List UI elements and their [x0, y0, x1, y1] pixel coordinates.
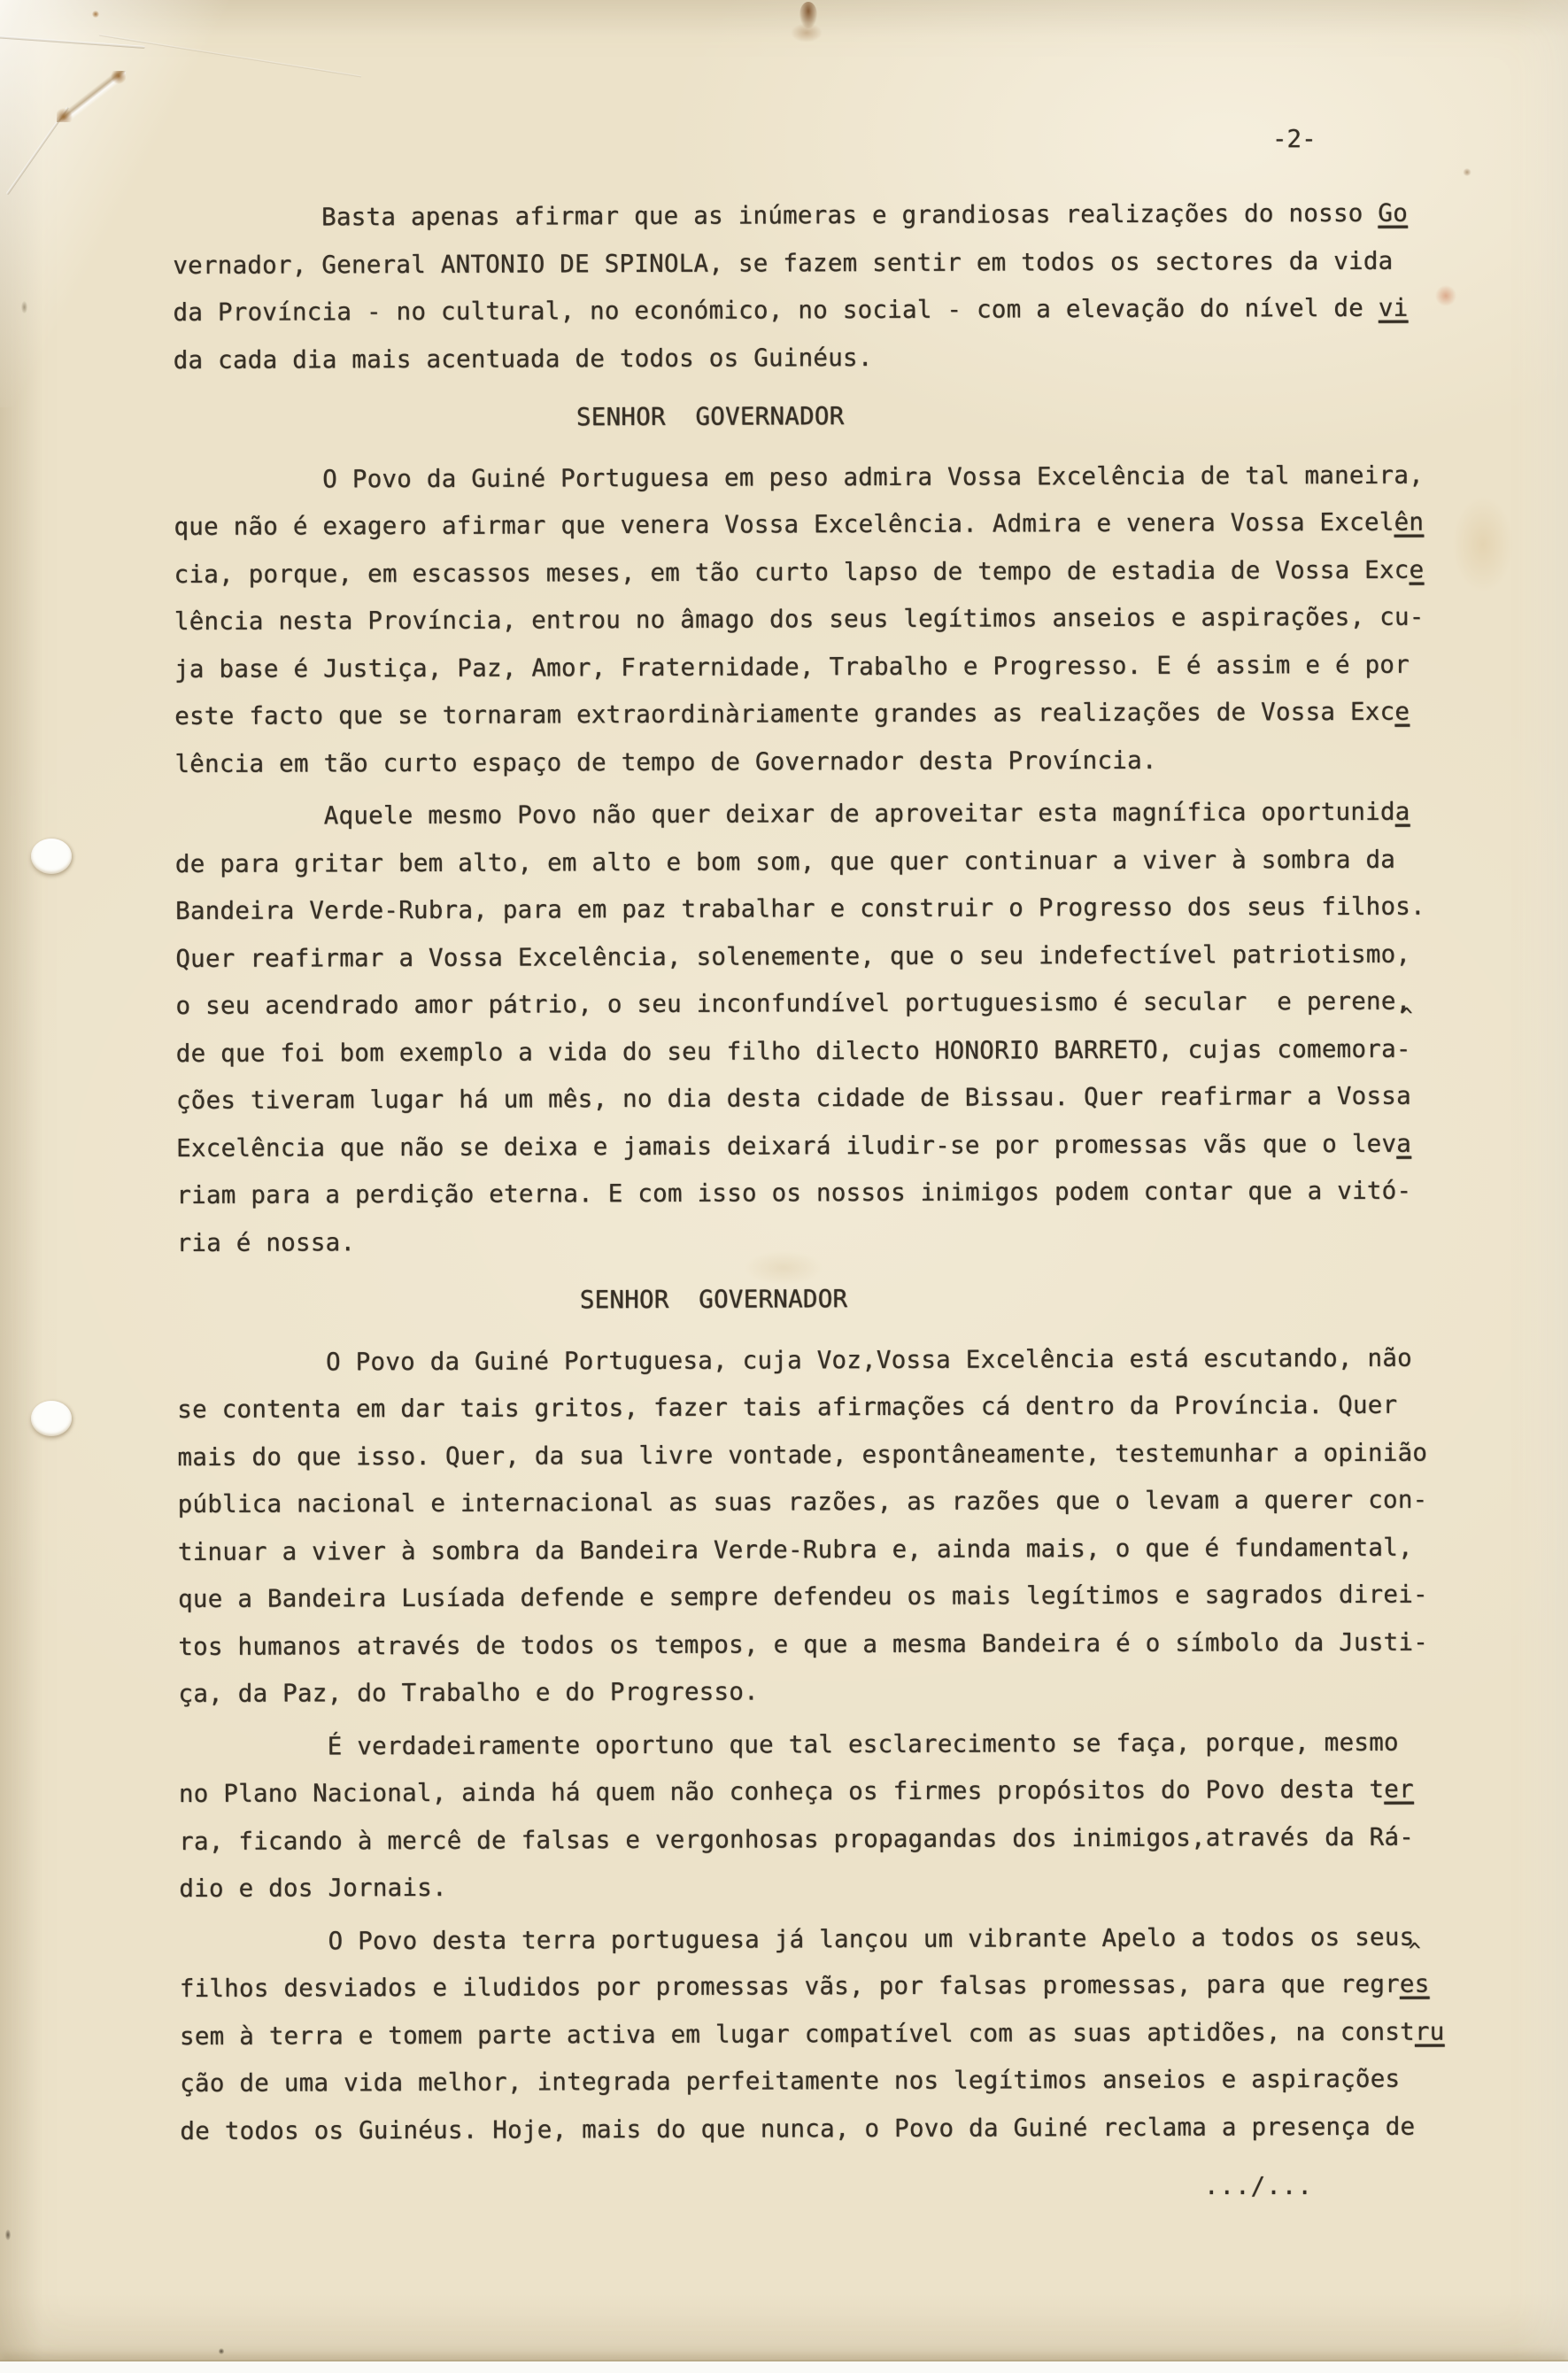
text-line: da Província - no cultural, no económico… [173, 284, 1510, 336]
text-line: cia, porque, em escassos meses, em tão c… [174, 546, 1511, 599]
text-line: pública nacional e internacional as suas… [178, 1476, 1515, 1528]
text-line: de que foi bom exemplo a vida do seu fil… [176, 1025, 1513, 1078]
paragraph: Basta apenas afirmar que as inúmeras e g… [173, 189, 1510, 384]
text-line: dio e dos Jornais. [179, 1860, 1516, 1913]
section-heading: SENHOR GOVERNADOR [174, 390, 1510, 443]
text-line: se contenta em dar tais gritos, fazer ta… [177, 1381, 1514, 1434]
text-line: ra, ficando à mercê de falsas e vergonho… [179, 1813, 1516, 1866]
punch-hole-bottom [31, 1401, 72, 1436]
text-line: mais do que isso. Quer, da sua livre von… [177, 1429, 1514, 1481]
text-line: que a Bandeira Lusíada defende e sempre … [178, 1571, 1515, 1623]
paper-stain [21, 301, 27, 313]
text-line: o seu acendrado amor pátrio, o seu incon… [175, 978, 1512, 1030]
text-line: riam para a perdição eterna. E com isso … [176, 1167, 1513, 1219]
text-line: É verdadeiramente oportuno que tal escla… [179, 1719, 1516, 1771]
section-heading: SENHOR GOVERNADOR [177, 1273, 1514, 1326]
paragraph: O Povo da Guiné Portuguesa, cuja Voz,Vos… [177, 1334, 1516, 1719]
text-line: Bandeira Verde-Rubra, para em paz trabal… [175, 883, 1512, 935]
paper-stain [5, 2230, 11, 2240]
paper-crease [99, 35, 362, 78]
typed-caret-mark: ^ [1401, 1007, 1413, 1024]
text-line: tos humanos através de todos os tempos, … [178, 1619, 1515, 1671]
text-line: no Plano Nacional, ainda há quem não con… [179, 1766, 1516, 1818]
paper-stain [799, 2, 817, 28]
typed-caret-mark: ^ [1409, 1943, 1421, 1960]
paragraph: É verdadeiramente oportuno que tal escla… [179, 1719, 1517, 1913]
text-line: lência nesta Província, entrou no âmago … [174, 593, 1511, 645]
text-line: de todos os Guinéus. Hoje, mais do que n… [180, 2103, 1517, 2155]
text-line: Quer reafirmar a Vossa Excelência, solen… [175, 931, 1512, 983]
text-line: vernador, General ANTONIO DE SPINOLA, se… [173, 237, 1510, 290]
text-line: ja base é Justiça, Paz, Amor, Fraternida… [174, 641, 1511, 693]
text-line: este facto que se tornaram extraordinàri… [174, 688, 1511, 740]
page-number: -2- [1272, 116, 1317, 164]
text-line: ção de uma vida melhor, integrada perfei… [180, 2055, 1517, 2107]
punch-hole-top [31, 839, 72, 874]
text-line: O Povo da Guiné Portuguesa em peso admir… [174, 452, 1510, 504]
text-line: filhos desviados e iludidos por promessa… [180, 1960, 1517, 2013]
document-page: -2- Basta apenas afirmar que as inúmeras… [0, 0, 1568, 2373]
text-line: de para gritar bem alto, em alto e bom s… [175, 836, 1512, 888]
paper-crease [0, 35, 145, 49]
paper-crease [6, 106, 69, 195]
scan-edge-strip [0, 2361, 1568, 2373]
text-line: Aquele mesmo Povo não quer deixar de apr… [175, 788, 1512, 840]
paper-stain [219, 2348, 224, 2354]
text-line: O Povo desta terra portuguesa já lançou … [179, 1913, 1516, 1966]
text-line: tinuar a viver à sombra da Bandeira Verd… [178, 1524, 1515, 1576]
paragraph: O Povo da Guiné Portuguesa em peso admir… [174, 452, 1511, 788]
text-line: ções tiveram lugar há um mês, no dia des… [176, 1072, 1513, 1125]
paragraph: Aquele mesmo Povo não quer deixar de apr… [175, 788, 1514, 1267]
paper-stain [791, 23, 823, 43]
text-line: sem à terra e tomem parte activa em luga… [180, 2008, 1517, 2060]
text-line: Excelência que não se deixa e jamais dei… [176, 1120, 1513, 1172]
text-line: lência em tão curto espaço de tempo de G… [174, 736, 1511, 788]
document-text: Basta apenas afirmar que as inúmeras e g… [173, 189, 1518, 2160]
text-line: Basta apenas afirmar que as inúmeras e g… [173, 189, 1510, 242]
corner-tear-mark [57, 71, 126, 122]
text-line: que não é exagero afirmar que venera Vos… [174, 499, 1510, 551]
continuation-mark: .../... [1204, 2163, 1313, 2211]
paper-stain [1463, 168, 1471, 176]
text-line: O Povo da Guiné Portuguesa, cuja Voz,Vos… [177, 1334, 1514, 1387]
paper-stain [92, 11, 99, 18]
text-line: ça, da Paz, do Trabalho e do Progresso. [178, 1666, 1515, 1718]
paragraph: O Povo desta terra portuguesa já lançou … [179, 1913, 1517, 2155]
text-line: da cada dia mais acentuada de todos os G… [174, 332, 1510, 384]
text-line: ria é nossa. [176, 1215, 1513, 1267]
